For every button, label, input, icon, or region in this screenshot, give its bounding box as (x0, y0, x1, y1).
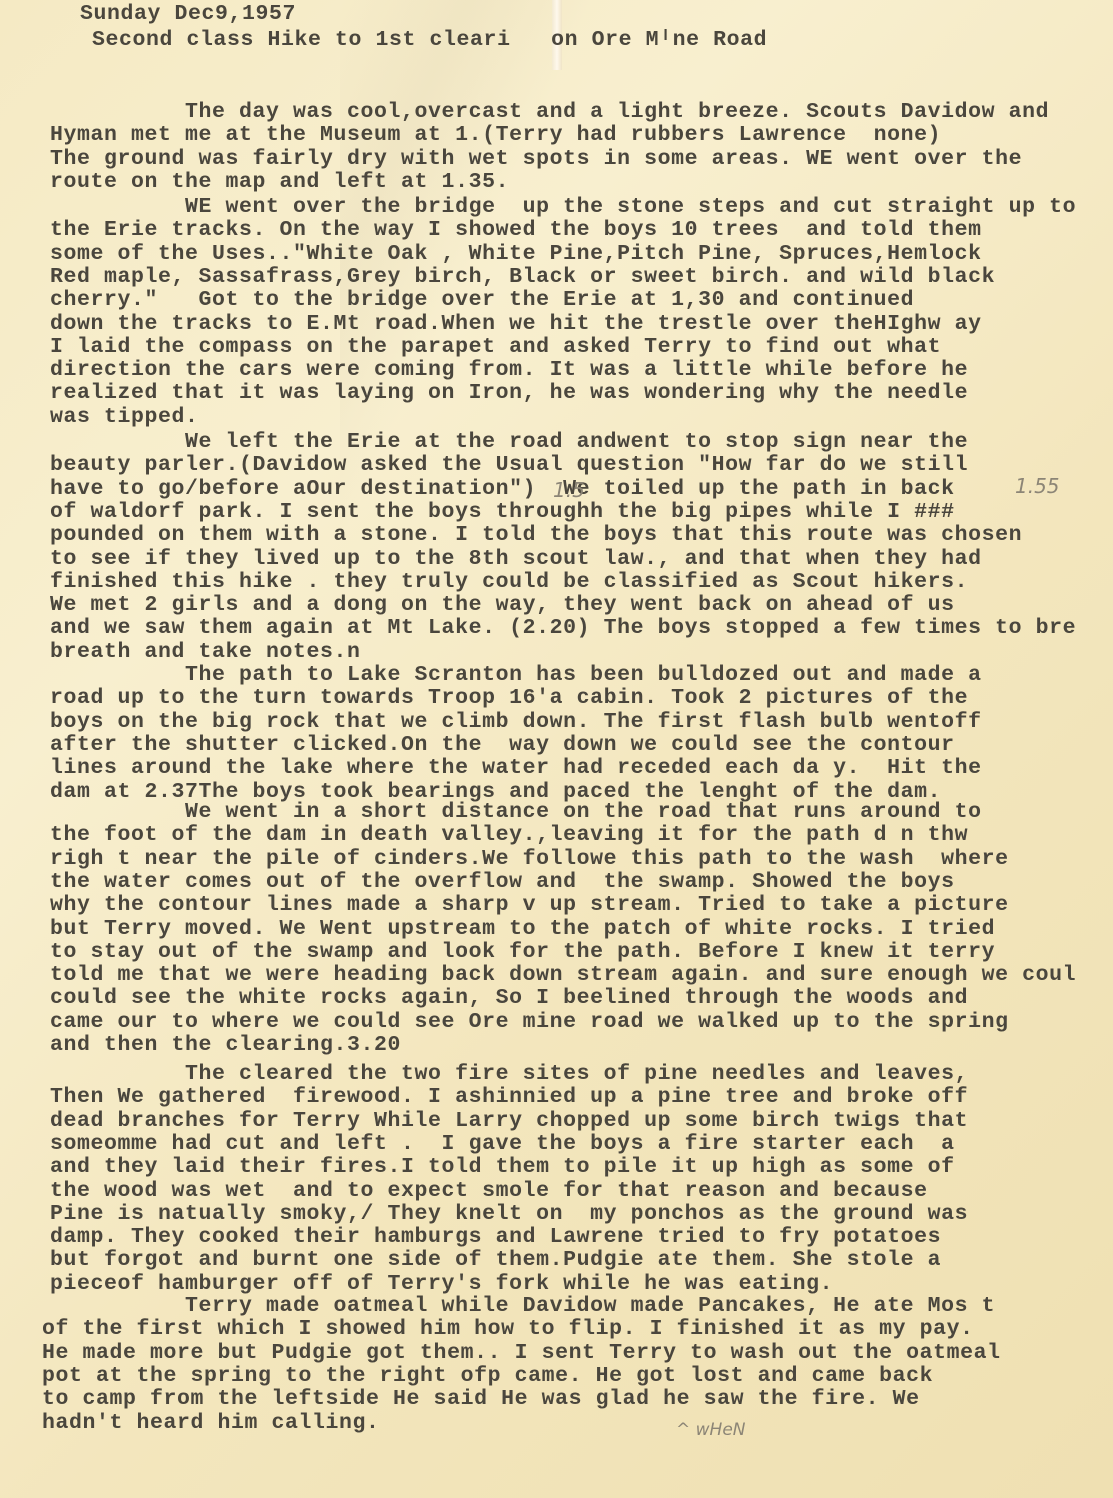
handwritten-time-margin: 1.55 (1015, 474, 1060, 498)
typed-line: after the shutter clicked.On the way dow… (50, 733, 955, 757)
typed-line: WE went over the bridge up the stone ste… (50, 195, 1076, 219)
typed-line: to see if they lived up to the 8th scout… (50, 547, 982, 571)
typed-line: why the contour lines made a sharp v up … (50, 893, 1009, 917)
typed-line: dead branches for Terry While Larry chop… (50, 1109, 968, 1133)
typed-line: but forgot and burnt one side of them.Pu… (50, 1248, 941, 1272)
typed-line: but Terry moved. We Went upstream to the… (50, 917, 995, 941)
typed-line: cherry." Got to the bridge over the Erie… (50, 288, 914, 312)
typed-line: We met 2 girls and a dong on the way, th… (50, 593, 955, 617)
typed-line: the Erie tracks. On the way I showed the… (50, 218, 982, 242)
typed-line: could see the white rocks again, So I be… (50, 986, 968, 1010)
date-line: Sunday Dec9,1957 (80, 2, 296, 26)
typed-line: have to go/before aOur destination") We … (50, 477, 955, 501)
typed-line: road up to the turn towards Troop 16'a c… (50, 686, 968, 710)
typed-line: damp. They cooked their hamburgs and Law… (50, 1225, 941, 1249)
typed-line: the water comes out of the overflow and … (50, 870, 955, 894)
typed-line: He made more but Pudgie got them.. I sen… (42, 1341, 1001, 1365)
typed-line: hadn't heard him calling. (42, 1411, 380, 1435)
typed-line: told me that we were heading back down s… (50, 963, 1076, 987)
typed-line: righ t near the pile of cinders.We follo… (50, 847, 1009, 871)
typed-line: of the first which I showed him how to f… (42, 1317, 974, 1341)
typed-line: pot at the spring to the right ofp came.… (42, 1364, 933, 1388)
typed-line: the wood was wet and to expect smole for… (50, 1179, 928, 1203)
handwritten-time-inline: 1.5 (553, 478, 585, 502)
typed-line: and we saw them again at Mt Lake. (2.20)… (50, 616, 1076, 640)
typed-line: direction the cars were coming from. It … (50, 358, 968, 382)
typed-line: to camp from the leftside He said He was… (42, 1387, 920, 1411)
typed-line: The day was cool,overcast and a light br… (50, 100, 1049, 124)
typed-line: route on the map and left at 1.35. (50, 170, 509, 194)
typed-line: down the tracks to E.Mt road.When we hit… (50, 312, 982, 336)
typed-line: Pine is natually smoky,/ They knelt on m… (50, 1202, 968, 1226)
handwritten-insertion-note: ^ wHeN (676, 1420, 746, 1440)
typed-line: came our to where we could see Ore mine … (50, 1010, 1009, 1034)
typed-line: some of the Uses.."White Oak , White Pin… (50, 242, 982, 266)
typed-line: The cleared the two fire sites of pine n… (50, 1062, 968, 1086)
typed-line: was tipped. (50, 405, 199, 429)
typed-line: boys on the big rock that we climb down.… (50, 710, 982, 734)
typed-line: Red maple, Sassafrass,Grey birch, Black … (50, 265, 995, 289)
typed-line: We left the Erie at the road andwent to … (50, 430, 968, 454)
typed-line: I laid the compass on the parapet and as… (50, 335, 941, 359)
typed-line: the foot of the dam in death valley.,lea… (50, 823, 968, 847)
typed-line: The ground was fairly dry with wet spots… (50, 147, 1022, 171)
typed-line: breath and take notes.n (50, 640, 361, 664)
typed-line: pieceof hamburger off of Terry's fork wh… (50, 1272, 833, 1296)
typed-line: to stay out of the swamp and look for th… (50, 940, 995, 964)
typed-line: Hyman met me at the Museum at 1.(Terry h… (50, 123, 941, 147)
typed-line: someomme had cut and left . I gave the b… (50, 1132, 955, 1156)
typed-line: beauty parler.(Davidow asked the Usual q… (50, 453, 968, 477)
typed-line: of waldorf park. I sent the boys through… (50, 500, 955, 524)
typed-line: and they laid their fires.I told them to… (50, 1155, 955, 1179)
typed-line: pounded on them with a stone. I told the… (50, 523, 1022, 547)
typed-line: realized that it was laying on Iron, he … (50, 381, 968, 405)
typed-line: Terry made oatmeal while Davidow made Pa… (50, 1294, 995, 1318)
typed-line: The path to Lake Scranton has been bulld… (50, 663, 982, 687)
title-line: Second class Hike to 1st cleari on Ore M… (92, 28, 767, 52)
typed-line: finished this hike . they truly could be… (50, 570, 968, 594)
typed-line: Then We gathered firewood. I ashinnied u… (50, 1085, 968, 1109)
typed-line: We went in a short distance on the road … (50, 800, 982, 824)
typed-line: and then the clearing.3.20 (50, 1033, 401, 1057)
typed-line: lines around the lake where the water ha… (50, 756, 982, 780)
